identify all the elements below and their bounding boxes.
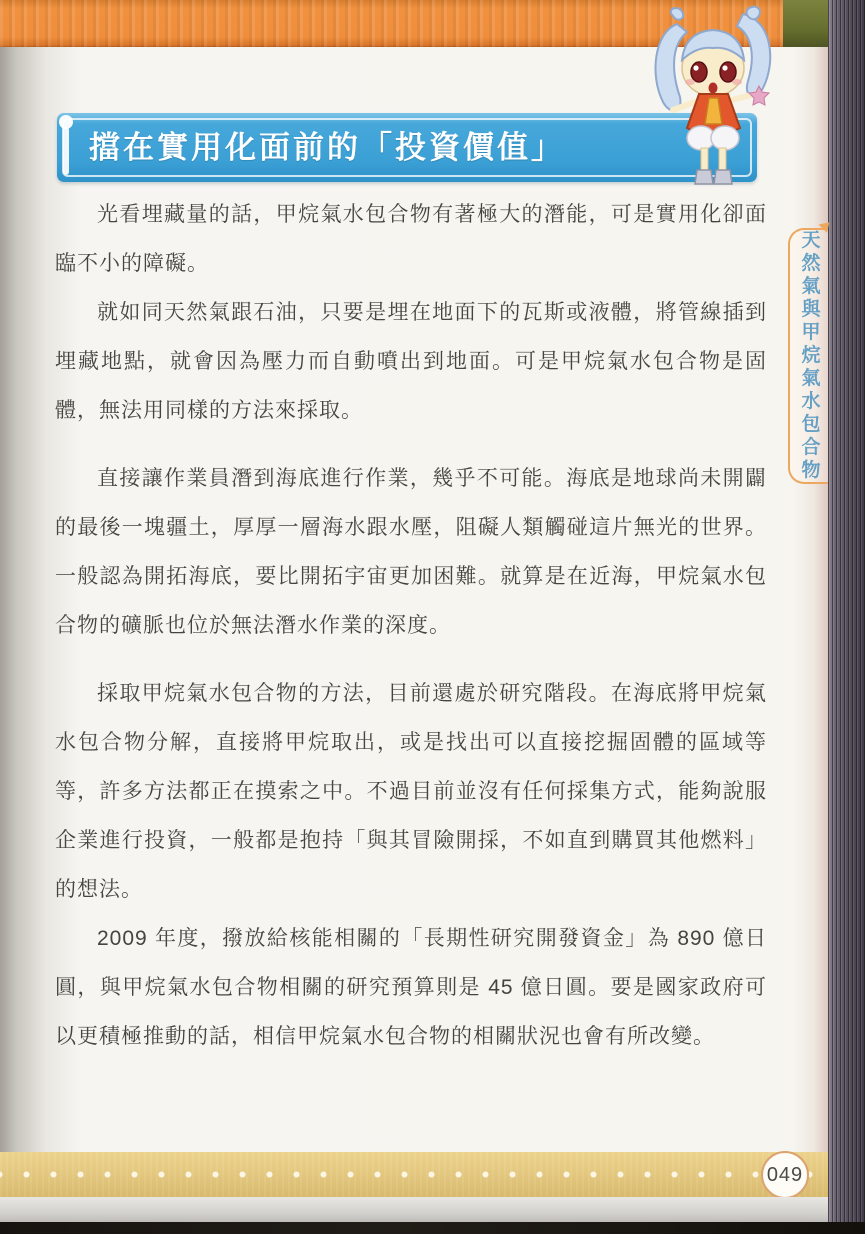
page-number: 049 [767,1164,803,1187]
book-page-edge [828,0,865,1234]
footer-dots-pattern [0,1152,828,1197]
chapter-tab-label: 天然氣與甲烷氣水包合物 [796,230,823,483]
book-page-scan: 擋在實用化面前的「投資價值」 [0,0,865,1234]
paragraph: 光看埋藏量的話，甲烷氣水包合物有著極大的潛能，可是實用化卻面臨不小的障礙。 [55,190,767,288]
section-title: 擋在實用化面前的「投資價值」 [89,113,565,182]
body-text-block: 光看埋藏量的話，甲烷氣水包合物有著極大的潛能，可是實用化卻面臨不小的障礙。 就如… [55,190,767,1061]
page-number-badge: 049 [761,1151,809,1199]
photo-bottom-edge [0,1222,865,1234]
mascot-girl-illustration [643,2,785,194]
paragraph: 2009 年度，撥放給核能相關的「長期性研究開發資金」為 890 億日圓，與甲烷… [55,914,767,1061]
chapter-side-tab: 天然氣與甲烷氣水包合物 [788,228,828,484]
banner-left-bar [63,127,69,175]
paragraph: 直接讓作業員潛到海底進行作業，幾乎不可能。海底是地球尚未開闢的最後一塊疆土，厚厚… [55,454,767,650]
footer-ornament-band [0,1152,828,1197]
paragraph: 就如同天然氣跟石油，只要是埋在地面下的瓦斯或液體，將管線插到埋藏地點，就會因為壓… [55,288,767,435]
top-right-accent [783,0,828,47]
paragraph: 採取甲烷氣水包合物的方法，目前還處於研究階段。在海底將甲烷氣水包合物分解，直接將… [55,669,767,914]
banner-corner-dot [59,115,73,129]
page-bottom-margin [0,1197,828,1222]
